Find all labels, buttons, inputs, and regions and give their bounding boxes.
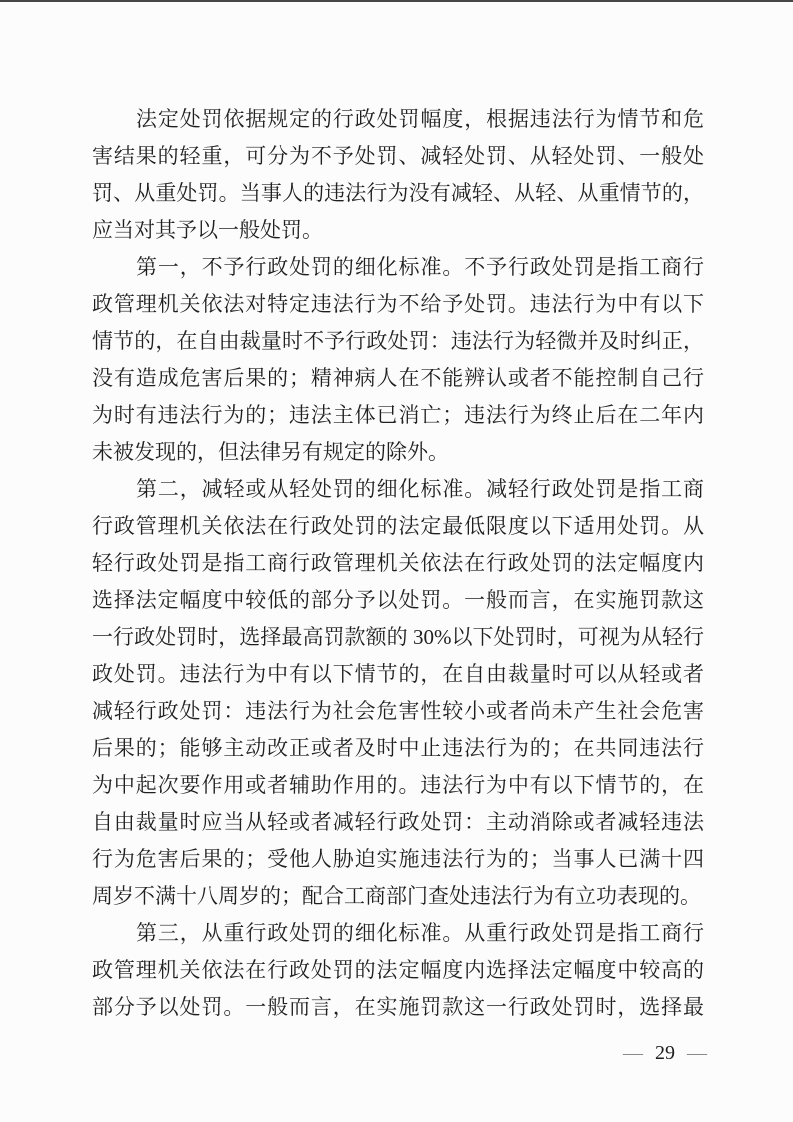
text-line-p3-4: 选择法定幅度中较低的部分予以处罚。一般而言，在实施罚款这 xyxy=(92,582,704,619)
text-line-p3-2: 行政管理机关依法在行政处罚的法定最低限度以下适用处罚。从 xyxy=(92,508,704,545)
text-line-p1-1: 法定处罚依据规定的行政处罚幅度，根据违法行为情节和危 xyxy=(92,101,704,138)
text-line-p1-3: 罚、从重处罚。当事人的违法行为没有减轻、从轻、从重情节的， xyxy=(92,175,704,212)
text-line-p2-4: 没有造成危害后果的；精神病人在不能辨认或者不能控制自己行 xyxy=(92,360,704,397)
text-line-p3-5: 一行政处罚时，选择最高罚款额的 30%以下处罚时，可视为从轻行 xyxy=(92,619,704,656)
text-line-p1-2: 害结果的轻重，可分为不予处罚、减轻处罚、从轻处罚、一般处 xyxy=(92,138,704,175)
text-line-p2-6: 未被发现的，但法律另有规定的除外。 xyxy=(92,434,704,471)
text-line-p4-3: 部分予以处罚。一般而言，在实施罚款这一行政处罚时，选择最 xyxy=(92,989,704,1026)
scan-edge-artifact xyxy=(0,0,793,2)
text-line-p3-7: 减轻行政处罚：违法行为社会危害性较小或者尚未产生社会危害 xyxy=(92,693,704,730)
text-line-p4-1: 第三，从重行政处罚的细化标准。从重行政处罚是指工商行 xyxy=(92,915,704,952)
text-line-p2-3: 情节的，在自由裁量时不予行政处罚：违法行为轻微并及时纠正， xyxy=(92,323,704,360)
text-line-p2-5: 为时有违法行为的；违法主体已消亡；违法行为终止后在二年内 xyxy=(92,397,704,434)
text-line-p3-8: 后果的；能够主动改正或者及时中止违法行为的；在共同违法行 xyxy=(92,730,704,767)
footer-dash-right: — xyxy=(687,1042,707,1064)
page-number: 29 xyxy=(655,1042,675,1064)
page-footer: — 29 — xyxy=(623,1040,707,1066)
text-line-p3-3: 轻行政处罚是指工商行政管理机关依法在行政处罚的法定幅度内 xyxy=(92,545,704,582)
footer-dash-left: — xyxy=(623,1042,643,1064)
text-line-p3-12: 周岁不满十八周岁的；配合工商部门查处违法行为有立功表现的。 xyxy=(92,878,704,915)
text-line-p3-10: 自由裁量时应当从轻或者减轻行政处罚：主动消除或者减轻违法 xyxy=(92,804,704,841)
text-line-p3-1: 第二，减轻或从轻处罚的细化标准。减轻行政处罚是指工商 xyxy=(92,471,704,508)
document-page: 法定处罚依据规定的行政处罚幅度，根据违法行为情节和危害结果的轻重，可分为不予处罚… xyxy=(0,0,793,1122)
text-line-p3-6: 政处罚。违法行为中有以下情节的，在自由裁量时可以从轻或者 xyxy=(92,656,704,693)
text-line-p4-2: 政管理机关依法在行政处罚的法定幅度内选择法定幅度中较高的 xyxy=(92,952,704,989)
text-block: 法定处罚依据规定的行政处罚幅度，根据违法行为情节和危害结果的轻重，可分为不予处罚… xyxy=(92,101,704,1026)
text-line-p3-9: 为中起次要作用或者辅助作用的。违法行为中有以下情节的，在 xyxy=(92,767,704,804)
text-line-p2-2: 政管理机关依法对特定违法行为不给予处罚。违法行为中有以下 xyxy=(92,286,704,323)
text-line-p2-1: 第一，不予行政处罚的细化标准。不予行政处罚是指工商行 xyxy=(92,249,704,286)
text-line-p3-11: 行为危害后果的；受他人胁迫实施违法行为的；当事人已满十四 xyxy=(92,841,704,878)
text-line-p1-4: 应当对其予以一般处罚。 xyxy=(92,212,704,249)
